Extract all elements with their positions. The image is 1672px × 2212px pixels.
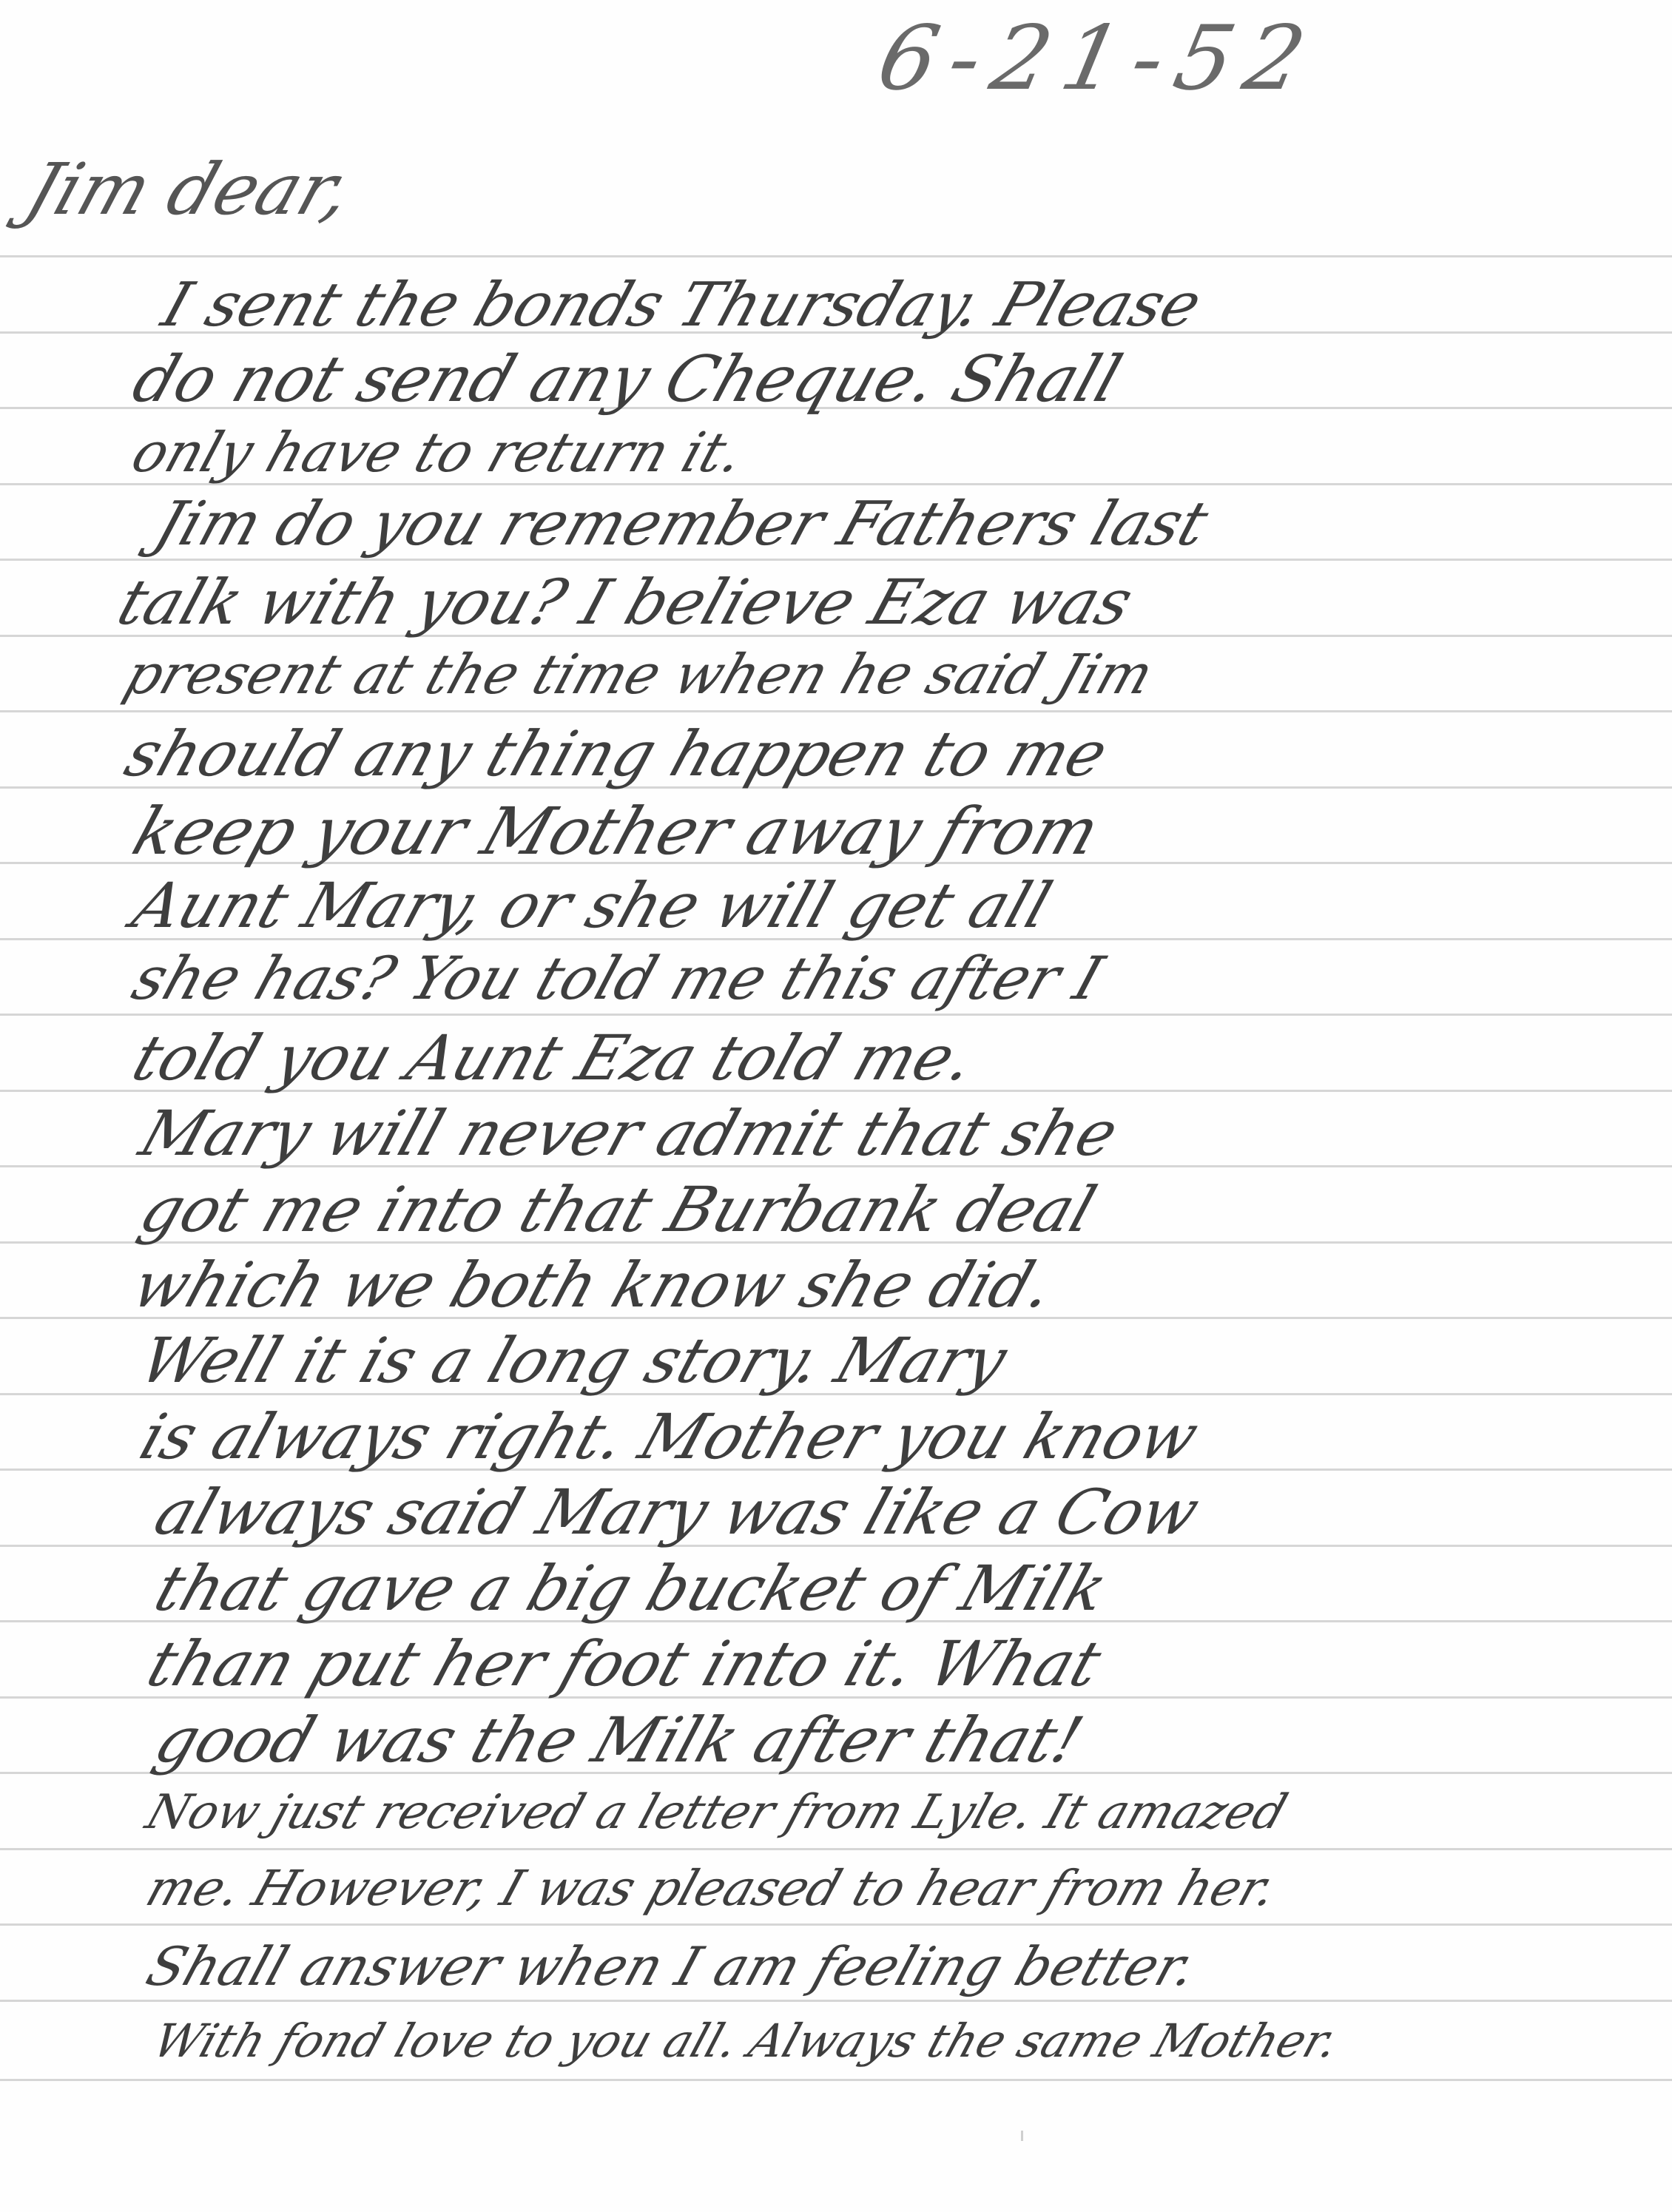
letter-line: than put her foot into it. What (141, 1633, 1672, 1695)
letter-page: 6-21-52 Jim dear, I sent the bonds Thurs… (0, 0, 1672, 2212)
page-speck (1021, 2131, 1023, 2141)
letter-line: is always right. Mother you know (133, 1406, 1672, 1468)
ruled-line (0, 2000, 1672, 2002)
ruled-line (0, 1848, 1672, 1850)
letter-line: good was the Milk after that! (148, 1709, 1672, 1771)
letter-line: talk with you? I believe Eza was (111, 571, 1670, 633)
letter-line: Now just received a letter from Lyle. It… (141, 1789, 1672, 1836)
letter-line: With fond love to you all. Always the sa… (148, 2018, 1672, 2064)
letter-line: always said Mary was like a Cow (148, 1481, 1672, 1543)
letter-line: that gave a big bucket of Milk (148, 1557, 1672, 1619)
letter-line: got me into that Burbank deal (133, 1179, 1672, 1241)
letter-line: me. However, I was pleased to hear from … (141, 1864, 1672, 1913)
ruled-line (0, 2079, 1672, 2081)
letter-line: keep your Mother away from (126, 799, 1672, 864)
letter-line: she has? You told me this after I (126, 949, 1672, 1008)
letter-line: should any thing happen to me (118, 723, 1672, 785)
letter-line: Well it is a long story. Mary (133, 1329, 1672, 1392)
letter-salutation: Jim dear, (16, 148, 363, 231)
letter-line: Aunt Mary, or she will get all (126, 874, 1672, 937)
letter-line: only have to return it. (126, 425, 1672, 480)
ruled-line (0, 1923, 1672, 1926)
letter-line: I sent the bonds Thursday. Please (155, 275, 1672, 336)
ruled-line (0, 1014, 1672, 1016)
ruled-line (0, 710, 1672, 712)
letter-line: do not send any Cheque. Shall (126, 348, 1672, 411)
ruled-line (0, 255, 1672, 257)
letter-date: 6-21-52 (869, 7, 1327, 110)
letter-line: told you Aunt Eza told me. (126, 1027, 1672, 1089)
letter-line: Shall answer when I am feeling better. (141, 1940, 1672, 1993)
letter-line: present at the time when he said Jim (118, 647, 1672, 702)
letter-line: which we both know she did. (126, 1254, 1672, 1316)
letter-line: Jim do you remember Fathers last (148, 494, 1672, 555)
letter-line: Mary will never admit that she (133, 1102, 1672, 1164)
